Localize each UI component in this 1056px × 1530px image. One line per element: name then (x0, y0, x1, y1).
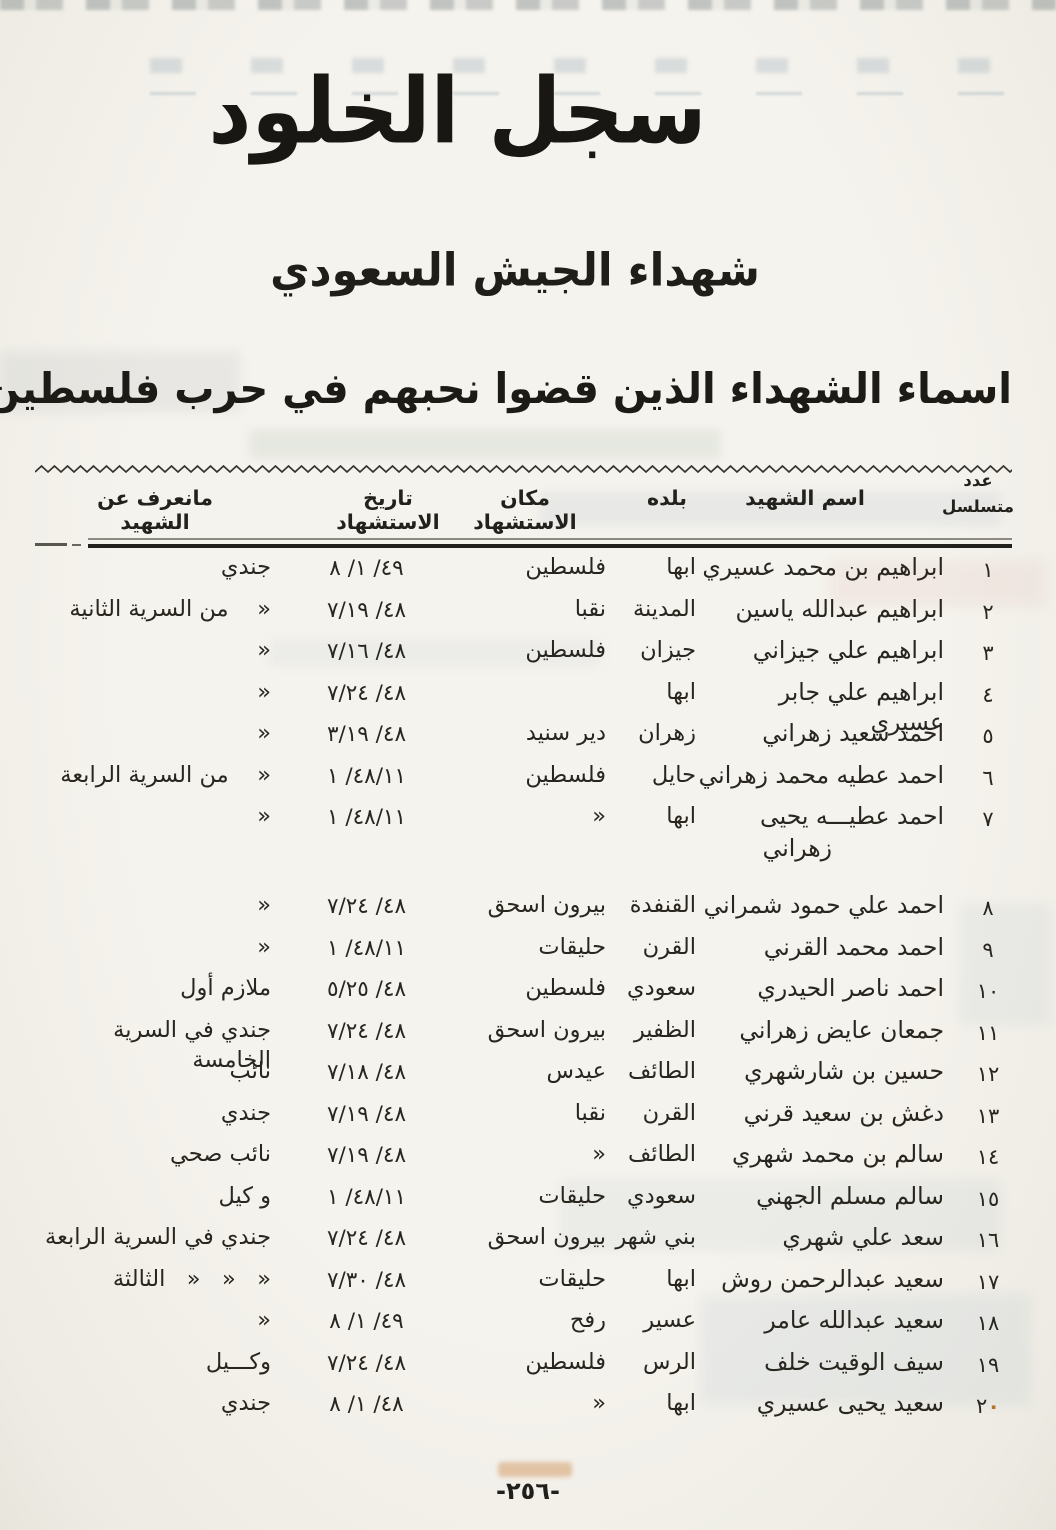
table-row: ٤ ابراهيم علي جابر عسيري ابها ٤٨/ ٧/٢٤ « (35, 677, 1012, 719)
date-cell: ٤٨/ ٥/٢٥ (299, 973, 434, 1005)
town-cell: ابها (606, 801, 698, 831)
serial-cell: ٧ (950, 801, 1012, 834)
name-cell: احمد محمد القرني (698, 932, 950, 962)
name-cell: احمد عطيـــه يحيىزهراني (698, 801, 950, 865)
serial-cell: ٢ (950, 594, 1012, 627)
table-row: ١٤ سالم بن محمد شهري الطائف « ٤٨/ ٧/١٩ ن… (35, 1139, 1012, 1181)
place-cell: فلسطين (434, 1347, 606, 1377)
place-cell: « (434, 1139, 606, 1169)
serial-cell: ١٠ (950, 973, 1012, 1006)
place-cell: عيدس (434, 1056, 606, 1086)
date-cell: ٤٨/ ١/ ٨ (299, 1388, 434, 1420)
table-row: ٢ ابراهيم عبدالله ياسين المدينة نقبا ٤٨/… (35, 594, 1012, 636)
about-cell: « (35, 801, 299, 831)
date-cell: ٤٨/ ٧/٣٠ (299, 1264, 434, 1296)
about-cell: « (35, 718, 299, 748)
place-cell: دير سنيد (434, 718, 606, 748)
header-divider-dash (72, 544, 81, 546)
table-row: ١ ابراهيم بن محمد عسيري ابها فلسطين ٤٩/ … (35, 552, 1012, 594)
town-cell: سعودي (606, 973, 698, 1003)
serial-cell: ١١ (950, 1015, 1012, 1048)
town-cell: الطائف (606, 1139, 698, 1169)
town-cell: الظفير (606, 1015, 698, 1045)
name-cell: حسين بن شارشهري (698, 1056, 950, 1086)
name-cell: احمد سعيد زهراني (698, 718, 950, 748)
about-cell: نائب (35, 1056, 299, 1086)
column-header-about: مانعرف عن الشهيد (72, 486, 238, 534)
date-cell: ٤٩/ ١/ ٨ (299, 552, 434, 584)
name-cell: جمعان عايض زهراني (698, 1015, 950, 1045)
about-cell: ملازم أول (35, 973, 299, 1003)
town-cell: الطائف (606, 1056, 698, 1086)
town-cell: القنفدة (606, 890, 698, 920)
column-header-serial-line1: عدد (942, 468, 1014, 494)
table-row: ٦ احمد عطيه محمد زهراني حايل فلسطين ٤٨/١… (35, 760, 1012, 802)
name-cell: سعيد عبدالله عامر (698, 1305, 950, 1335)
about-cell: « « « الثالثة (35, 1264, 299, 1294)
town-cell: المدينة (606, 594, 698, 624)
town-cell: عسير (606, 1305, 698, 1335)
table-row: ١٩ سيف الوقيت خلف الرس فلسطين ٤٨/ ٧/٢٤ و… (35, 1347, 1012, 1389)
place-cell: حليقات (434, 1181, 606, 1211)
town-cell: القرن (606, 932, 698, 962)
place-cell: فلسطين (434, 760, 606, 790)
serial-cell: ١٨ (950, 1305, 1012, 1338)
section-heading: اسماء الشهداء الذين قضوا نحبهم في حرب فل… (35, 365, 1012, 414)
serial-cell: ٥ (950, 718, 1012, 751)
date-cell: ٤٨/١١/ ١ (299, 760, 434, 792)
serial-cell: ٢٠ (950, 1388, 1012, 1421)
name-cell: احمد عطيه محمد زهراني (698, 760, 950, 790)
table-row: ٣ ابراهيم علي جيزاني جيزان فلسطين ٤٨/ ٧/… (35, 635, 1012, 677)
bleedthrough-artifact (0, 0, 1056, 10)
date-cell: ٤٨/ ٧/١٦ (299, 635, 434, 667)
date-cell: ٤٨/ ٧/١٩ (299, 1098, 434, 1130)
table-row: ١٦ سعد علي شهري بني شهر بيرون اسحق ٤٨/ ٧… (35, 1222, 1012, 1264)
column-header-name: اسم الشهيد (745, 486, 865, 510)
name-cell: دغش بن سعيد قرني (698, 1098, 950, 1128)
serial-cell: ١٩ (950, 1347, 1012, 1380)
bleedthrough-artifact (250, 430, 720, 458)
column-header-serial-line2: متسلسل (942, 494, 1014, 520)
name-cell: ابراهيم علي جيزاني (698, 635, 950, 665)
serial-cell: ١٦ (950, 1222, 1012, 1255)
column-header-town: بلده (637, 486, 697, 510)
about-cell: « (35, 932, 299, 962)
serial-cell: ١٢ (950, 1056, 1012, 1089)
date-cell: ٤٨/ ٧/٢٤ (299, 1347, 434, 1379)
name-cell: احمد ناصر الحيدري (698, 973, 950, 1003)
name-cell: سالم مسلم الجهني (698, 1181, 950, 1211)
table-row: ٧ احمد عطيـــه يحيىزهراني ابها « ٤٨/١١/ … (35, 801, 1012, 890)
name-second-line: زهراني (698, 831, 944, 865)
serial-cell: ٣ (950, 635, 1012, 668)
about-cell: « من السرية الثانية (35, 594, 299, 624)
date-cell: ٤٨/ ٧/٢٤ (299, 677, 434, 709)
about-cell: جندي (35, 1098, 299, 1128)
town-cell: بني شهر (606, 1222, 698, 1252)
date-cell: ٤٨/١١/ ١ (299, 801, 434, 833)
place-cell: « (434, 1388, 606, 1418)
place-cell: بيرون اسحق (434, 1015, 606, 1045)
about-cell: و كيل (35, 1181, 299, 1211)
scanned-document-page: سجل الخلود شهداء الجيش السعودي اسماء الش… (0, 0, 1056, 1530)
about-cell: نائب صحي (35, 1139, 299, 1169)
about-cell: « (35, 890, 299, 920)
table-row: ٩ احمد محمد القرني القرن حليقات ٤٨/١١/ ١… (35, 932, 1012, 974)
place-cell: فلسطين (434, 973, 606, 1003)
name-cell: ابراهيم بن محمد عسيري (698, 552, 950, 582)
column-header-place: مكان الاستشهاد (455, 486, 595, 534)
town-cell: ابها (606, 1264, 698, 1294)
place-cell: نقبا (434, 1098, 606, 1128)
table-row: ٨ احمد علي حمود شمراني القنفدة بيرون اسح… (35, 890, 1012, 932)
date-cell: ٤٨/ ٧/٢٤ (299, 1015, 434, 1047)
wavy-divider-rule (35, 459, 1012, 469)
date-cell: ٤٨/١١/ ١ (299, 932, 434, 964)
date-cell: ٤٨/ ٧/٢٤ (299, 1222, 434, 1254)
about-cell: جندي (35, 1388, 299, 1418)
name-cell: احمد علي حمود شمراني (698, 890, 950, 920)
town-cell: زهران (606, 718, 698, 748)
place-cell: فلسطين (434, 552, 606, 582)
name-cell: ابراهيم عبدالله ياسين (698, 594, 950, 624)
serial-cell: ١٧ (950, 1264, 1012, 1297)
place-cell: حليقات (434, 932, 606, 962)
date-cell: ٤٨/ ٧/٢٤ (299, 890, 434, 922)
name-cell: سعيد عبدالرحمن روش (698, 1264, 950, 1294)
about-cell: « (35, 677, 299, 707)
place-cell: نقبا (434, 594, 606, 624)
date-cell: ٤٨/ ٧/١٩ (299, 594, 434, 626)
table-row: ١٢ حسين بن شارشهري الطائف عيدس ٤٨/ ٧/١٨ … (35, 1056, 1012, 1098)
about-cell: جندي في السرية الرابعة (35, 1222, 299, 1252)
serial-cell: ٤ (950, 677, 1012, 710)
date-cell: ٤٨/١١/ ١ (299, 1181, 434, 1213)
book-title: سجل الخلود (0, 58, 915, 164)
place-cell: « (434, 801, 606, 831)
about-cell: « من السرية الرابعة (35, 760, 299, 790)
place-cell: بيرون اسحق (434, 890, 606, 920)
name-cell: سالم بن محمد شهري (698, 1139, 950, 1169)
date-cell: ٤٨/ ٧/١٨ (299, 1056, 434, 1088)
header-divider-rule (88, 538, 1012, 548)
column-header-date: تاريخ الاستشهاد (318, 486, 458, 534)
table-row: ٢٠ سعيد يحيى عسيري ابها « ٤٨/ ١/ ٨ جندي (35, 1388, 1012, 1430)
town-cell: ابها (606, 1388, 698, 1418)
serial-cell: ١٥ (950, 1181, 1012, 1214)
table-row: ١٠ احمد ناصر الحيدري سعودي فلسطين ٤٨/ ٥/… (35, 973, 1012, 1015)
town-cell: ابها (606, 552, 698, 582)
table-row: ١٧ سعيد عبدالرحمن روش ابها حليقات ٤٨/ ٧/… (35, 1264, 1012, 1306)
town-cell: القرن (606, 1098, 698, 1128)
table-row: ١٨ سعيد عبدالله عامر عسير رفح ٤٩/ ١/ ٨ « (35, 1305, 1012, 1347)
page-number-ghost-artifact (498, 1462, 572, 1477)
date-cell: ٤٨/ ٣/١٩ (299, 718, 434, 750)
scan-artifact-dot: ٠ (987, 1394, 1000, 1418)
name-cell: سعد علي شهري (698, 1222, 950, 1252)
name-cell: سيف الوقيت خلف (698, 1347, 950, 1377)
place-cell: بيرون اسحق (434, 1222, 606, 1252)
column-header-serial: عدد متسلسل (942, 468, 1014, 519)
serial-cell: ١٤ (950, 1139, 1012, 1172)
book-subtitle: شهداء الجيش السعودي (75, 245, 955, 298)
date-cell: ٤٩/ ١/ ٨ (299, 1305, 434, 1337)
page-number: -٢٥٦- (0, 1477, 1056, 1505)
serial-cell: ٦ (950, 760, 1012, 793)
table-row: ١١ جمعان عايض زهراني الظفير بيرون اسحق ٤… (35, 1015, 1012, 1057)
table-row: ٥ احمد سعيد زهراني زهران دير سنيد ٤٨/ ٣/… (35, 718, 1012, 760)
header-divider-dash (35, 543, 67, 546)
town-cell: حايل (606, 760, 698, 790)
town-cell: الرس (606, 1347, 698, 1377)
place-cell: فلسطين (434, 635, 606, 665)
town-cell: سعودي (606, 1181, 698, 1211)
about-cell: جندي (35, 552, 299, 582)
table-row: ١٣ دغش بن سعيد قرني القرن نقبا ٤٨/ ٧/١٩ … (35, 1098, 1012, 1140)
serial-cell: ٩ (950, 932, 1012, 965)
serial-cell: ٨ (950, 890, 1012, 923)
town-cell: جيزان (606, 635, 698, 665)
table-row: ١٥ سالم مسلم الجهني سعودي حليقات ٤٨/١١/ … (35, 1181, 1012, 1223)
about-cell: « (35, 1305, 299, 1335)
town-cell: ابها (606, 677, 698, 707)
about-cell: وكـــيل (35, 1347, 299, 1377)
date-cell: ٤٨/ ٧/١٩ (299, 1139, 434, 1171)
serial-cell: ١ (950, 552, 1012, 585)
place-cell: رفح (434, 1305, 606, 1335)
name-cell: سعيد يحيى عسيري (698, 1388, 950, 1418)
place-cell: حليقات (434, 1264, 606, 1294)
serial-cell: ١٣ (950, 1098, 1012, 1131)
martyrs-table: ١ ابراهيم بن محمد عسيري ابها فلسطين ٤٩/ … (35, 552, 1012, 1430)
about-cell: « (35, 635, 299, 665)
